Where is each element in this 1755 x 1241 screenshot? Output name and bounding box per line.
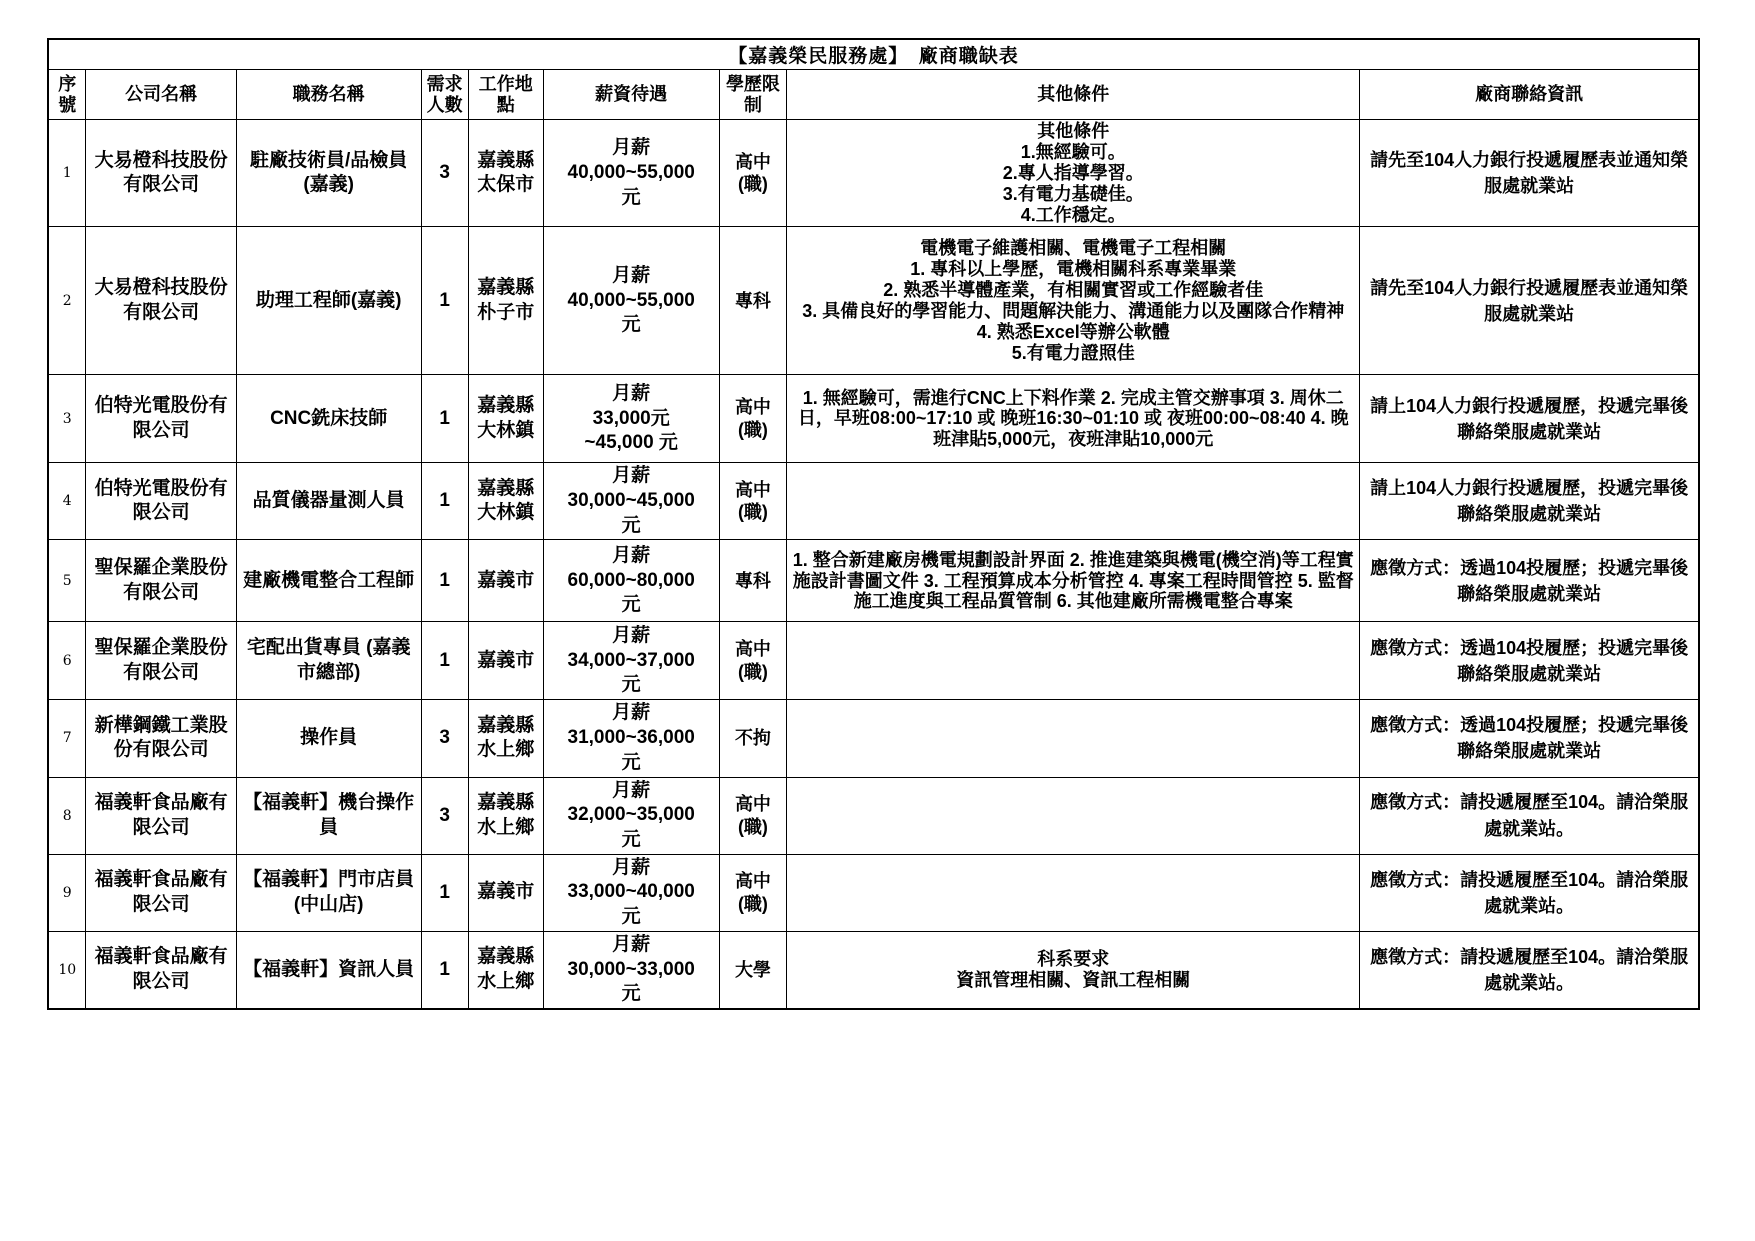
cell-count: 1 bbox=[421, 931, 468, 1009]
cell-count: 3 bbox=[421, 120, 468, 227]
cell-company: 福義軒食品廠有限公司 bbox=[86, 777, 236, 854]
col-header-job: 職務名稱 bbox=[236, 70, 421, 120]
cell-job: 【福義軒】資訊人員 bbox=[236, 931, 421, 1009]
cell-no: 9 bbox=[48, 854, 86, 931]
cell-no: 1 bbox=[48, 120, 86, 227]
cell-conditions bbox=[787, 463, 1360, 540]
cell-location: 嘉義市 bbox=[468, 622, 543, 700]
cell-location: 嘉義縣 太保市 bbox=[468, 120, 543, 227]
cell-no: 7 bbox=[48, 700, 86, 777]
cell-count: 1 bbox=[421, 227, 468, 375]
cell-no: 6 bbox=[48, 622, 86, 700]
cell-conditions: 其他條件 1.無經驗可。 2.專人指導學習。 3.有電力基礎佳。 4.工作穩定。 bbox=[787, 120, 1360, 227]
cell-location: 嘉義縣 水上鄉 bbox=[468, 777, 543, 854]
cell-education: 高中 (職) bbox=[719, 120, 787, 227]
col-header-conditions: 其他條件 bbox=[787, 70, 1360, 120]
cell-location: 嘉義縣 朴子市 bbox=[468, 227, 543, 375]
cell-company: 聖保羅企業股份有限公司 bbox=[86, 540, 236, 622]
cell-salary: 月薪 30,000~45,000 元 bbox=[543, 463, 719, 540]
cell-company: 聖保羅企業股份有限公司 bbox=[86, 622, 236, 700]
cell-salary: 月薪 33,000~40,000 元 bbox=[543, 854, 719, 931]
cell-count: 3 bbox=[421, 777, 468, 854]
jobs-table: 【嘉義榮民服務處】 廠商職缺表 序 號 公司名稱 職務名稱 需求 人數 工作地點… bbox=[47, 38, 1700, 1010]
cell-company: 福義軒食品廠有限公司 bbox=[86, 854, 236, 931]
cell-salary: 月薪 32,000~35,000 元 bbox=[543, 777, 719, 854]
cell-contact: 請先至104人力銀行投遞履歷表並通知榮服處就業站 bbox=[1360, 120, 1699, 227]
table-row: 5 聖保羅企業股份有限公司 建廠機電整合工程師 1 嘉義市 月薪 60,000~… bbox=[48, 540, 1699, 622]
cell-contact: 請先至104人力銀行投遞履歷表並通知榮服處就業站 bbox=[1360, 227, 1699, 375]
cell-job: 宅配出貨專員 (嘉義市總部) bbox=[236, 622, 421, 700]
cell-no: 4 bbox=[48, 463, 86, 540]
table-row: 7 新樺鋼鐵工業股份有限公司 操作員 3 嘉義縣 水上鄉 月薪 31,000~3… bbox=[48, 700, 1699, 777]
col-header-salary: 薪資待遇 bbox=[543, 70, 719, 120]
cell-company: 大易橙科技股份有限公司 bbox=[86, 120, 236, 227]
table-row: 3 伯特光電股份有限公司 CNC銑床技師 1 嘉義縣 大林鎮 月薪 33,000… bbox=[48, 375, 1699, 463]
cell-company: 新樺鋼鐵工業股份有限公司 bbox=[86, 700, 236, 777]
cell-conditions bbox=[787, 777, 1360, 854]
col-header-count: 需求 人數 bbox=[421, 70, 468, 120]
table-row: 2 大易橙科技股份有限公司 助理工程師(嘉義) 1 嘉義縣 朴子市 月薪 40,… bbox=[48, 227, 1699, 375]
cell-salary: 月薪 31,000~36,000 元 bbox=[543, 700, 719, 777]
cell-education: 大學 bbox=[719, 931, 787, 1009]
table-row: 8 福義軒食品廠有限公司 【福義軒】機台操作員 3 嘉義縣 水上鄉 月薪 32,… bbox=[48, 777, 1699, 854]
cell-job: 【福義軒】門市店員 (中山店) bbox=[236, 854, 421, 931]
cell-conditions: 1. 整合新建廠房機電規劃設計界面 2. 推進建築與機電(機空消)等工程實施設計… bbox=[787, 540, 1360, 622]
cell-contact: 應徵方式：透過104投履歷；投遞完畢後聯絡榮服處就業站 bbox=[1360, 622, 1699, 700]
cell-salary: 月薪 60,000~80,000 元 bbox=[543, 540, 719, 622]
cell-education: 高中 (職) bbox=[719, 777, 787, 854]
table-row: 6 聖保羅企業股份有限公司 宅配出貨專員 (嘉義市總部) 1 嘉義市 月薪 34… bbox=[48, 622, 1699, 700]
cell-conditions bbox=[787, 700, 1360, 777]
cell-contact: 請上104人力銀行投遞履歷，投遞完畢後聯絡榮服處就業站 bbox=[1360, 375, 1699, 463]
cell-contact: 應徵方式：透過104投履歷；投遞完畢後聯絡榮服處就業站 bbox=[1360, 540, 1699, 622]
cell-contact: 應徵方式：透過104投履歷；投遞完畢後聯絡榮服處就業站 bbox=[1360, 700, 1699, 777]
col-header-location: 工作地點 bbox=[468, 70, 543, 120]
cell-count: 1 bbox=[421, 622, 468, 700]
col-header-contact: 廠商聯絡資訊 bbox=[1360, 70, 1699, 120]
cell-conditions bbox=[787, 622, 1360, 700]
table-row: 9 福義軒食品廠有限公司 【福義軒】門市店員 (中山店) 1 嘉義市 月薪 33… bbox=[48, 854, 1699, 931]
cell-contact: 應徵方式：請投遞履歷至104。請洽榮服處就業站。 bbox=[1360, 931, 1699, 1009]
cell-education: 專科 bbox=[719, 227, 787, 375]
cell-count: 1 bbox=[421, 854, 468, 931]
cell-contact: 應徵方式：請投遞履歷至104。請洽榮服處就業站。 bbox=[1360, 777, 1699, 854]
cell-no: 5 bbox=[48, 540, 86, 622]
cell-company: 伯特光電股份有限公司 bbox=[86, 463, 236, 540]
cell-location: 嘉義市 bbox=[468, 854, 543, 931]
cell-job: 品質儀器量測人員 bbox=[236, 463, 421, 540]
col-header-company: 公司名稱 bbox=[86, 70, 236, 120]
cell-location: 嘉義縣 水上鄉 bbox=[468, 931, 543, 1009]
cell-location: 嘉義縣 水上鄉 bbox=[468, 700, 543, 777]
cell-location: 嘉義縣 大林鎮 bbox=[468, 375, 543, 463]
cell-education: 高中 (職) bbox=[719, 463, 787, 540]
col-header-no: 序 號 bbox=[48, 70, 86, 120]
cell-count: 1 bbox=[421, 463, 468, 540]
cell-education: 高中 (職) bbox=[719, 622, 787, 700]
table-row: 10 福義軒食品廠有限公司 【福義軒】資訊人員 1 嘉義縣 水上鄉 月薪 30,… bbox=[48, 931, 1699, 1009]
cell-salary: 月薪 34,000~37,000 元 bbox=[543, 622, 719, 700]
cell-education: 高中 (職) bbox=[719, 375, 787, 463]
cell-count: 3 bbox=[421, 700, 468, 777]
page-title: 【嘉義榮民服務處】 廠商職缺表 bbox=[48, 39, 1699, 70]
cell-location: 嘉義縣 大林鎮 bbox=[468, 463, 543, 540]
cell-conditions: 1. 無經驗可，需進行CNC上下料作業 2. 完成主管交辦事項 3. 周休二日，… bbox=[787, 375, 1360, 463]
cell-no: 3 bbox=[48, 375, 86, 463]
cell-no: 2 bbox=[48, 227, 86, 375]
cell-education: 高中 (職) bbox=[719, 854, 787, 931]
cell-salary: 月薪 33,000元 ~45,000 元 bbox=[543, 375, 719, 463]
cell-contact: 應徵方式：請投遞履歷至104。請洽榮服處就業站。 bbox=[1360, 854, 1699, 931]
cell-no: 10 bbox=[48, 931, 86, 1009]
title-row: 【嘉義榮民服務處】 廠商職缺表 bbox=[48, 39, 1699, 70]
cell-job: 操作員 bbox=[236, 700, 421, 777]
cell-job: CNC銑床技師 bbox=[236, 375, 421, 463]
cell-count: 1 bbox=[421, 540, 468, 622]
header-row: 序 號 公司名稱 職務名稱 需求 人數 工作地點 薪資待遇 學歷限 制 其他條件… bbox=[48, 70, 1699, 120]
cell-contact: 請上104人力銀行投遞履歷，投遞完畢後聯絡榮服處就業站 bbox=[1360, 463, 1699, 540]
cell-no: 8 bbox=[48, 777, 86, 854]
cell-conditions bbox=[787, 854, 1360, 931]
cell-job: 建廠機電整合工程師 bbox=[236, 540, 421, 622]
cell-location: 嘉義市 bbox=[468, 540, 543, 622]
cell-job: 【福義軒】機台操作員 bbox=[236, 777, 421, 854]
cell-conditions: 科系要求 資訊管理相關、資訊工程相關 bbox=[787, 931, 1360, 1009]
table-row: 1 大易橙科技股份有限公司 駐廠技術員/品檢員 (嘉義) 3 嘉義縣 太保市 月… bbox=[48, 120, 1699, 227]
cell-count: 1 bbox=[421, 375, 468, 463]
document-page: 【嘉義榮民服務處】 廠商職缺表 序 號 公司名稱 職務名稱 需求 人數 工作地點… bbox=[47, 38, 1700, 1010]
col-header-education: 學歷限 制 bbox=[719, 70, 787, 120]
cell-education: 不拘 bbox=[719, 700, 787, 777]
cell-salary: 月薪 40,000~55,000 元 bbox=[543, 120, 719, 227]
cell-company: 大易橙科技股份有限公司 bbox=[86, 227, 236, 375]
cell-job: 助理工程師(嘉義) bbox=[236, 227, 421, 375]
cell-conditions: 電機電子維護相關、電機電子工程相關 1. 專科以上學歷，電機相關科系專業畢業 2… bbox=[787, 227, 1360, 375]
cell-education: 專科 bbox=[719, 540, 787, 622]
cell-company: 伯特光電股份有限公司 bbox=[86, 375, 236, 463]
cell-salary: 月薪 40,000~55,000 元 bbox=[543, 227, 719, 375]
cell-salary: 月薪 30,000~33,000 元 bbox=[543, 931, 719, 1009]
table-row: 4 伯特光電股份有限公司 品質儀器量測人員 1 嘉義縣 大林鎮 月薪 30,00… bbox=[48, 463, 1699, 540]
cell-job: 駐廠技術員/品檢員 (嘉義) bbox=[236, 120, 421, 227]
cell-company: 福義軒食品廠有限公司 bbox=[86, 931, 236, 1009]
